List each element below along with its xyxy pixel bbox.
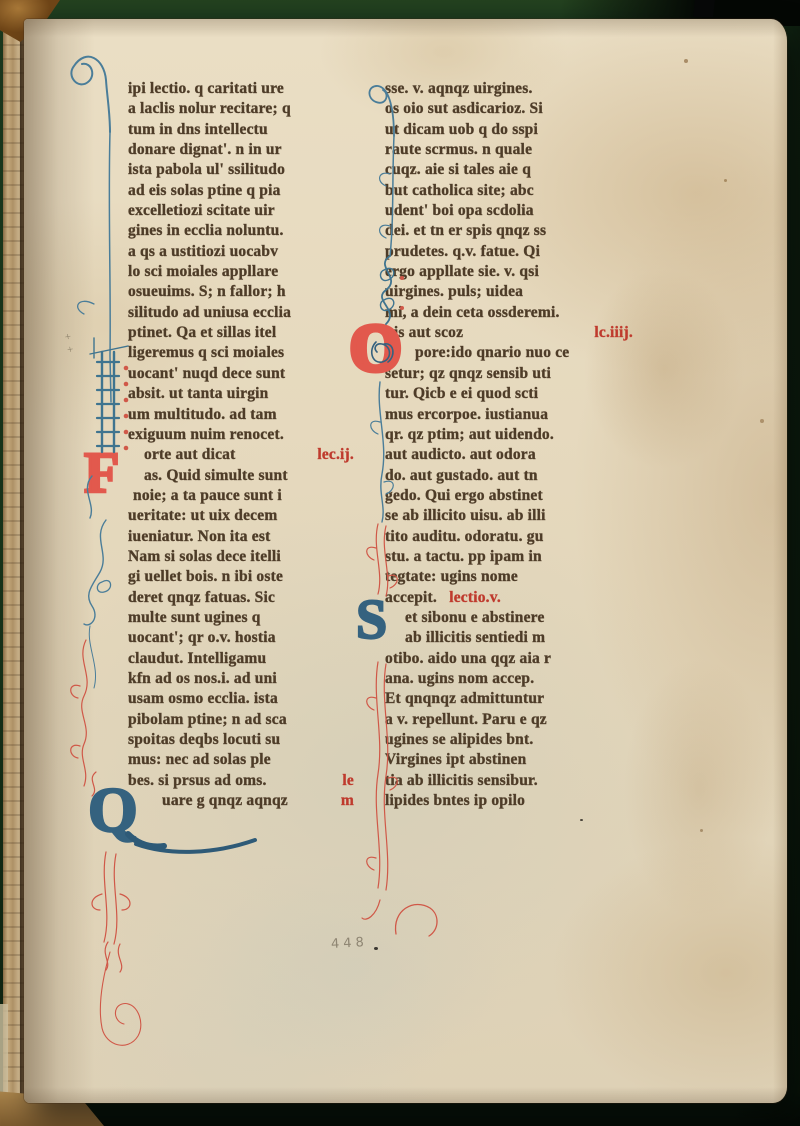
text-line: um multitudo. ad tam (128, 406, 354, 426)
text-line: ergo appllate sie. v. qsi (385, 263, 633, 283)
folio-number: 448 (331, 935, 369, 952)
text-line: ugines se alipides bnt. (385, 731, 633, 751)
text-line: mus: nec ad solas ple (128, 751, 354, 771)
text-column-right: sse. v. aqnqz uirgines.os oio sut asdica… (385, 80, 633, 812)
parchment-stain (204, 859, 504, 1079)
text-line: gi uellet bois. n ibi oste (128, 568, 354, 588)
text-line: multe sunt ugines q (128, 609, 354, 629)
text-line: setur; qz qnqz sensib uti (385, 365, 633, 385)
text-line: os oio sut asdicarioz. Si (385, 100, 633, 120)
ink-speck (580, 819, 583, 821)
text-line: absit. ut tanta uirgin (128, 385, 354, 405)
text-line: mus ercorpoe. iustianua (385, 406, 633, 426)
text-line: ab illicitis sentiedi m (385, 629, 633, 649)
text-line: raute scrmus. n quale (385, 141, 633, 161)
text-line: as. Quid simulte sunt (128, 467, 354, 487)
text-line: sse. v. aqnqz uirgines. (385, 80, 633, 100)
text-line: uocant'; qr o.v. hostia (128, 629, 354, 649)
text-line: iueniatur. Non ita est (128, 528, 354, 548)
text-line: osueuims. S; n fallor; h (128, 283, 354, 303)
text-line: noie; a ta pauce sunt i (128, 487, 354, 507)
text-line: exiguum nuim renocet. (128, 426, 354, 446)
text-line: usam osmo ecclia. ista (128, 690, 354, 710)
foxing-speck (760, 419, 764, 423)
text-line: ligeremus q sci moiales (128, 344, 354, 364)
text-line: tito auditu. odoratu. gu (385, 528, 633, 548)
text-line: lipides bntes ip opilo (385, 792, 633, 812)
text-line: pibolam ptine; n ad sca (128, 711, 354, 731)
text-line: do. aut gustado. aut tn (385, 467, 633, 487)
foxing-speck (700, 829, 703, 832)
photo-of-manuscript: ipi lectio. q caritati urea laclis nolur… (0, 0, 800, 1126)
text-line: deret qnqz fatuas. Sic (128, 589, 354, 609)
text-line: ad eis solas ptine q pia (128, 182, 354, 202)
text-line: bes. si prsus ad oms.le (128, 772, 354, 792)
text-line: a laclis nolur recitare; q (128, 100, 354, 120)
text-line: nis aut scoz lc.iiij. (385, 324, 633, 344)
text-line: orte aut dicat lec.ij. (128, 446, 354, 466)
text-line: uocant' nuqd dece sunt (128, 365, 354, 385)
text-line: ut dicam uob q do sspi (385, 121, 633, 141)
text-column-left: ipi lectio. q caritati urea laclis nolur… (128, 80, 354, 812)
drop-cap-f: F (84, 444, 119, 502)
text-line: a v. repellunt. Paru e qz (385, 711, 633, 731)
text-line: silitudo ad uniusa ecclia (128, 304, 354, 324)
text-line: uare g qnqz aqnqzm (128, 792, 354, 812)
drop-cap-o: O (350, 316, 401, 382)
text-line: tia ab illicitis sensibur. (385, 772, 633, 792)
drop-cap-s: S (356, 592, 387, 648)
text-line: Nam si solas dece itelli (128, 548, 354, 568)
text-line: kfn ad os nos.i. ad uni (128, 670, 354, 690)
text-line: donare dignat'. n in ur (128, 141, 354, 161)
text-line: tur. Qicb e ei quod scti (385, 385, 633, 405)
foxing-speck (724, 179, 727, 182)
drop-cap-q: Q (88, 778, 138, 842)
text-line: otibo. aido una qqz aia r (385, 650, 633, 670)
text-line: qr. qz ptim; aut uidendo. (385, 426, 633, 446)
text-line: ana. ugins nom accep. (385, 670, 633, 690)
text-line: Et qnqnqz admittuntur (385, 690, 633, 710)
text-line: spoitas deqbs locuti su (128, 731, 354, 751)
text-line: excelletiozi scitate uir (128, 202, 354, 222)
text-line: but catholica site; abc (385, 182, 633, 202)
text-line: stu. a tactu. pp ipam in (385, 548, 633, 568)
text-line: ista pabola ul' ssilitudo (128, 161, 354, 181)
text-line: mi, a dein ceta ossderemi. (385, 304, 633, 324)
text-line: gines in ecclia noluntu. (128, 222, 354, 242)
text-line: claudut. Intelligamu (128, 650, 354, 670)
text-line: et sibonu e abstinere (385, 609, 633, 629)
text-line: tum in dns intellectu (128, 121, 354, 141)
parchment-stain (624, 659, 774, 919)
text-line: ptinet. Qa et sillas itel (128, 324, 354, 344)
text-line: udent' boi opa scdolia (385, 202, 633, 222)
text-line: ipi lectio. q caritati ure (128, 80, 354, 100)
text-line: prudetes. q.v. fatue. Qi (385, 243, 633, 263)
text-line: accepit. lectio.v. (385, 589, 633, 609)
text-line: pore:ido qnario nuo ce (385, 344, 633, 364)
text-line: dei. et tn er spis qnqz ss (385, 222, 633, 242)
text-line: cuqz. aie si tales aie q (385, 161, 633, 181)
text-line: uirgines. puls; uidea (385, 283, 633, 303)
ink-speck (374, 947, 378, 950)
text-line: gedo. Qui ergo abstinet (385, 487, 633, 507)
text-line: se ab illicito uisu. ab illi (385, 507, 633, 527)
text-line: Virgines ipt abstinen (385, 751, 633, 771)
foxing-speck (684, 59, 688, 63)
text-line: lo sci moiales appllare (128, 263, 354, 283)
text-line: tegtate: ugins nome (385, 568, 633, 588)
text-line: aut audicto. aut odora (385, 446, 633, 466)
text-line: ueritate: ut uix decem (128, 507, 354, 527)
text-line: a qs a ustitiozi uocabv (128, 243, 354, 263)
binding-tab (693, 0, 715, 17)
